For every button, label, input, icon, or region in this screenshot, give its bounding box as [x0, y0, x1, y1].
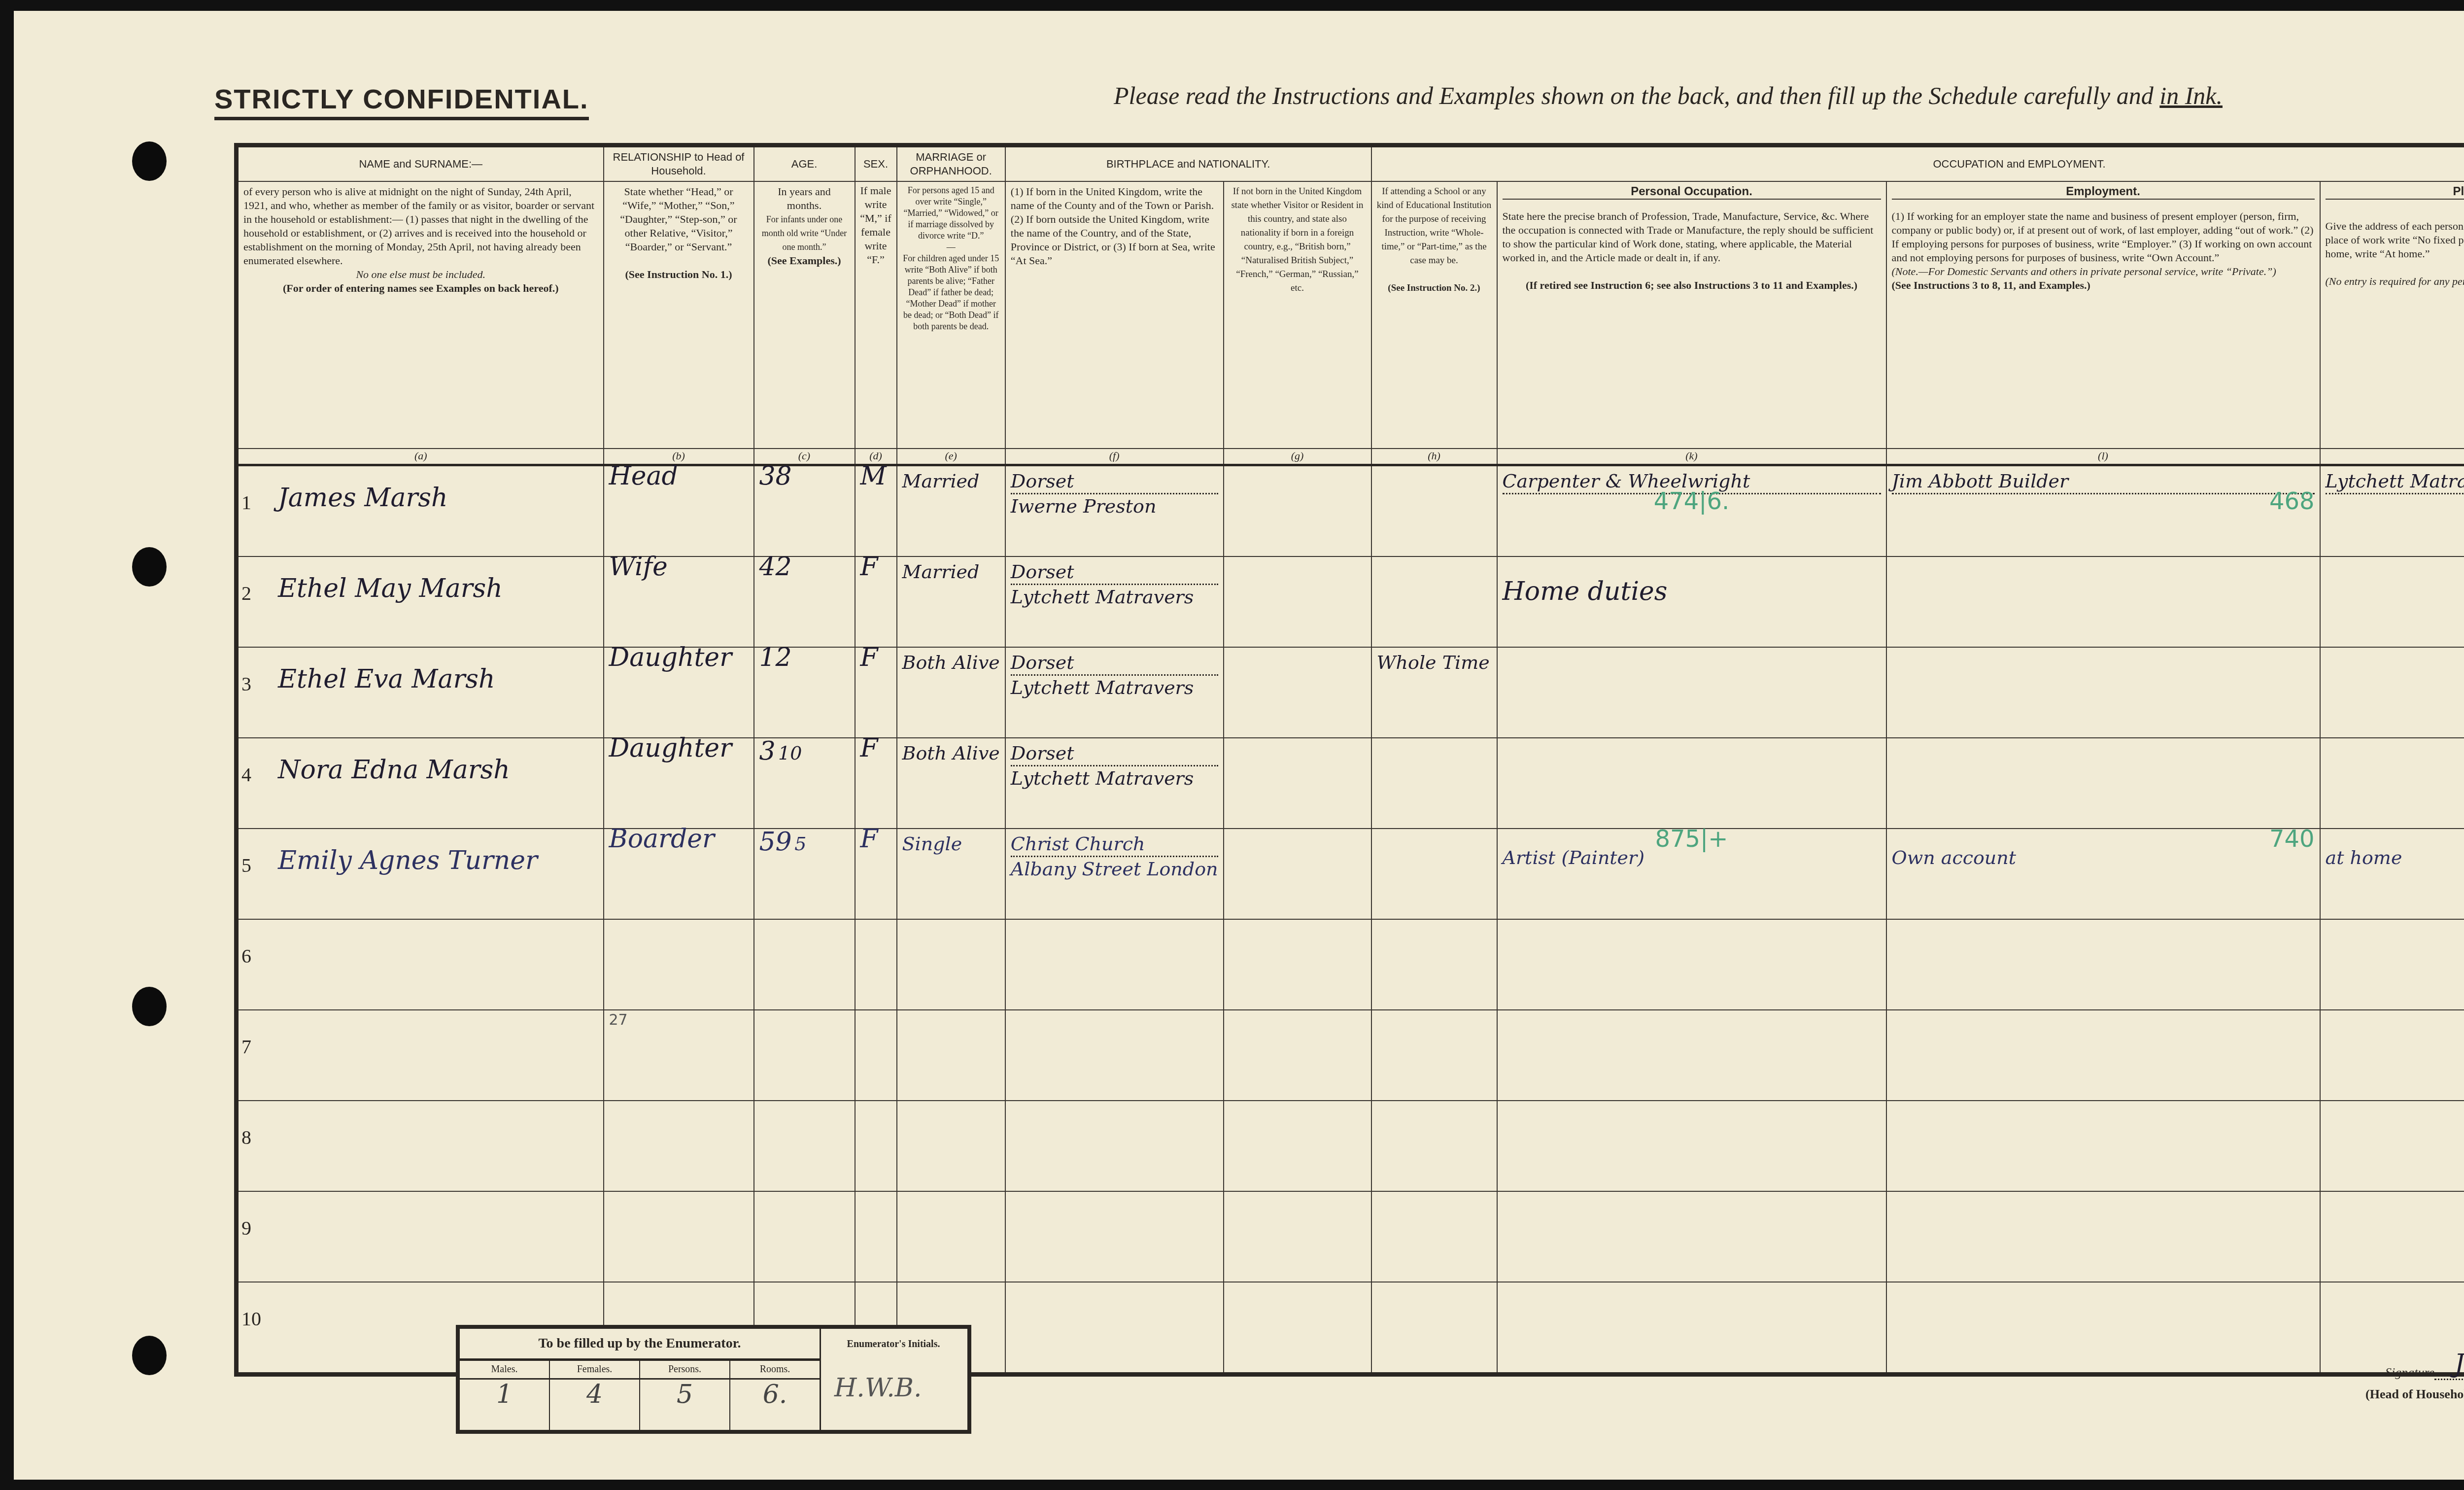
col-a-instructions: of every person who is alive at midnight…: [237, 181, 604, 449]
birthplace-county-field[interactable]: Dorset: [1011, 741, 1218, 766]
persons-value[interactable]: 5: [640, 1380, 729, 1409]
relationship-field[interactable]: Head: [609, 461, 678, 491]
employment-code: 740: [1892, 832, 2315, 846]
birthplace-county-field[interactable]: Dorset: [1011, 560, 1218, 585]
relationship-field[interactable]: Boarder: [609, 824, 715, 854]
col-b-header: RELATIONSHIP to Head of Household.: [604, 145, 754, 182]
pencil-mark: 27: [609, 1011, 628, 1029]
person-row-7: 727: [237, 1010, 2464, 1101]
relationship-field[interactable]: Daughter: [609, 733, 732, 763]
age-years-field[interactable]: 12: [759, 643, 792, 672]
col-m-instructions: Place of Work. Give the address of each …: [2320, 181, 2464, 449]
marriage-field[interactable]: Both Alive: [902, 652, 1000, 673]
person-row-4: 4Nora Edna Marsh Daughter 3 10 F Both Al…: [237, 738, 2464, 829]
workplace-code: 1388/03: [2326, 494, 2464, 508]
marriage-field[interactable]: Both Alive: [902, 742, 1000, 764]
occupation-code: 875|+: [1503, 832, 1881, 846]
col-k-instructions: Personal Occupation. State here the prec…: [1497, 181, 1886, 449]
marriage-field[interactable]: Married: [902, 561, 980, 583]
males-value[interactable]: 1: [460, 1380, 549, 1409]
employment-field[interactable]: Own account: [1892, 846, 2315, 869]
birthplace-county-field[interactable]: Dorset: [1011, 469, 1218, 494]
col-d-header: SEX.: [855, 145, 897, 182]
marriage-field[interactable]: Single: [902, 833, 962, 855]
person-row-2: 2Ethel May Marsh Wife 42 F Married Dorse…: [237, 556, 2464, 647]
signature-field[interactable]: James Marsh: [2434, 1349, 2464, 1380]
rooms-cell: Rooms.6.: [730, 1361, 820, 1430]
age-years-field[interactable]: 38: [759, 461, 792, 491]
col-g-instructions: If not born in the United Kingdom state …: [1224, 181, 1371, 449]
col-d-instructions: If male write “M,” if female write “F.”: [855, 181, 897, 449]
employment-code: 468: [1892, 494, 2315, 508]
females-cell: Females.4: [550, 1361, 640, 1430]
sex-field[interactable]: F: [860, 824, 878, 854]
relationship-field[interactable]: Wife: [609, 552, 668, 582]
punch-hole: [132, 987, 167, 1026]
sex-field[interactable]: F: [860, 552, 878, 582]
age-years-field[interactable]: 42: [759, 552, 792, 582]
punch-hole: [132, 547, 167, 587]
punch-hole: [132, 141, 167, 181]
punch-hole: [132, 1336, 167, 1375]
person-row-5: 5Emily Agnes Turner Boarder 59 5 F Singl…: [237, 829, 2464, 919]
occupation-header: OCCUPATION and EMPLOYMENT.: [1371, 145, 2464, 182]
enumerator-totals-box: To be filled up by the Enumerator. Enume…: [456, 1325, 971, 1434]
col-e-header: MARRIAGE or ORPHANHOOD.: [897, 145, 1005, 182]
col-h-instructions: If attending a School or any kind of Edu…: [1371, 181, 1497, 449]
workplace-code: 1388/03: [2326, 832, 2464, 846]
birthplace-town-field[interactable]: Albany Street London: [1011, 857, 1218, 881]
education-field[interactable]: Whole Time: [1377, 652, 1490, 673]
enumerator-initials[interactable]: H.W.B.: [834, 1373, 922, 1403]
birthplace-county-field[interactable]: Dorset: [1011, 651, 1218, 676]
birthplace-header: BIRTHPLACE and NATIONALITY.: [1005, 145, 1371, 182]
workplace-field[interactable]: Lytchett Matravers: [2326, 469, 2464, 494]
sex-field[interactable]: F: [860, 643, 878, 672]
age-years-field[interactable]: 3: [759, 736, 776, 766]
birthplace-town-field[interactable]: Lytchett Matravers: [1011, 585, 1218, 609]
rooms-value[interactable]: 6.: [730, 1380, 820, 1409]
name-field[interactable]: James Marsh: [278, 491, 447, 505]
col-e-instructions: For persons aged 15 and over write “Sing…: [897, 181, 1005, 449]
col-l-instructions: Employment. (1) If working for an employ…: [1886, 181, 2320, 449]
sex-field[interactable]: F: [860, 733, 878, 763]
col-c-header: AGE.: [754, 145, 855, 182]
birthplace-town-field[interactable]: Lytchett Matravers: [1011, 676, 1218, 699]
census-table: NAME and SURNAME:— RELATIONSHIP to Head …: [234, 143, 2464, 1377]
col-a-header: NAME and SURNAME:—: [237, 145, 604, 182]
person-row-8: 8: [237, 1101, 2464, 1191]
name-field[interactable]: Nora Edna Marsh: [278, 763, 510, 777]
col-f-instructions: (1) If born in the United Kingdom, write…: [1005, 181, 1224, 449]
page-title: STRICTLY CONFIDENTIAL.: [214, 83, 589, 120]
birthplace-town-field[interactable]: Iwerne Preston: [1011, 494, 1218, 518]
females-value[interactable]: 4: [550, 1380, 639, 1409]
declaration: I declare that this Schedule is correctl…: [2287, 1321, 2464, 1402]
instruction-line: Please read the Instructions and Example…: [1114, 81, 2223, 110]
person-row-1: 1James Marsh Head 38 M Married DorsetIwe…: [237, 465, 2464, 557]
males-cell: Males.1: [460, 1361, 550, 1430]
name-field[interactable]: Ethel Eva Marsh: [278, 672, 495, 686]
col-b-instructions: State whether “Head,” or “Wife,” “Mother…: [604, 181, 754, 449]
occupation-code: 474|6.: [1503, 494, 1881, 508]
marriage-field[interactable]: Married: [902, 470, 980, 492]
person-row-3: 3Ethel Eva Marsh Daughter 12 F Both Aliv…: [237, 647, 2464, 738]
birthplace-county-field[interactable]: Christ Church: [1011, 832, 1218, 857]
person-row-6: 6: [237, 919, 2464, 1010]
name-field[interactable]: Ethel May Marsh: [278, 582, 503, 595]
age-years-field[interactable]: 59: [759, 827, 792, 857]
name-field[interactable]: Emily Agnes Turner: [278, 854, 538, 867]
persons-cell: Persons.5: [640, 1361, 730, 1430]
sex-field[interactable]: M: [860, 461, 887, 491]
age-months-field[interactable]: 5: [794, 833, 806, 855]
employment-field[interactable]: Jim Abbott Builder: [1892, 469, 2315, 494]
in-ink-emphasis: in Ink.: [2159, 82, 2223, 109]
occupation-field[interactable]: Home duties: [1503, 560, 1881, 598]
col-c-instructions: In years and months. For infants under o…: [754, 181, 855, 449]
relationship-field[interactable]: Daughter: [609, 643, 732, 672]
person-row-9: 9: [237, 1191, 2464, 1282]
workplace-field[interactable]: at home: [2326, 846, 2464, 869]
age-months-field[interactable]: 10: [778, 742, 802, 764]
birthplace-town-field[interactable]: Lytchett Matravers: [1011, 766, 1218, 790]
